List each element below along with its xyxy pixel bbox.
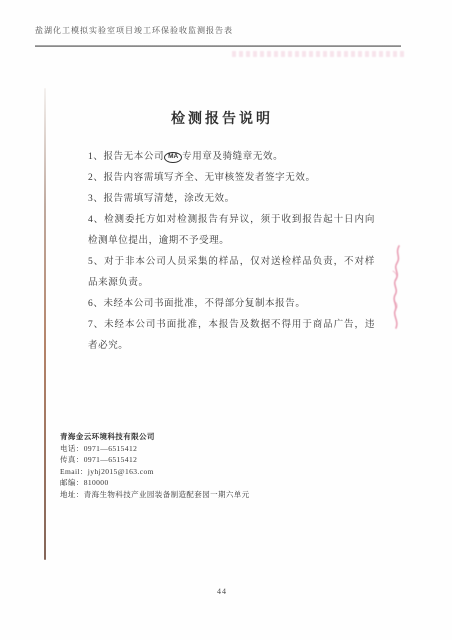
- note-item-4: 4、检测委托方如对检测报告有异议，须于收到报告起十日内向检测单位提出，逾期不予受…: [88, 210, 375, 252]
- note-text: 对于非本公司人员采集的样品，仅对送检样品负责，不对样品来源负责。: [88, 257, 375, 288]
- note-item-2: 2、报告内容需填写齐全、无审核签发者签字无效。: [88, 168, 375, 189]
- company-phone: 电话：0971—6515412: [60, 443, 250, 455]
- company-fax: 传真：0971—6515412: [60, 454, 250, 466]
- note-text: 未经本公司书面批准，不得部分复制本报告。: [103, 299, 305, 309]
- scanned-report-page: 盐湖化工模拟实验室项目竣工环保验收监测报告表 检测报告说明 1、报告无本公司MA…: [0, 0, 452, 640]
- notes-list: 1、报告无本公司MA专用章及骑缝章无效。 2、报告内容需填写齐全、无审核签发者签…: [88, 147, 375, 357]
- note-number: 4、: [88, 215, 104, 225]
- ink-bleed-through-strip: [232, 51, 404, 57]
- company-info-block: 青海金云环境科技有限公司 电话：0971—6515412 传真：0971—651…: [60, 431, 250, 501]
- note-text: 报告需填写清楚，涂改无效。: [103, 194, 234, 204]
- header-rule-divider: [35, 45, 401, 47]
- note-number: 6、: [88, 299, 103, 309]
- company-postcode: 邮编：810000: [60, 477, 250, 489]
- page-number: 44: [44, 587, 400, 596]
- note-text: 报告内容需填写齐全、无审核签发者签字无效。: [103, 173, 315, 183]
- note-text-post: 专用章及骑缝章无效。: [182, 152, 283, 162]
- note-item-5: 5、对于非本公司人员采集的样品，仅对送检样品负责，不对样品来源负责。: [88, 252, 375, 294]
- note-text-pre: 报告无本公司: [103, 152, 164, 162]
- company-name: 青海金云环境科技有限公司: [60, 431, 250, 443]
- page-edge-scan-line: [44, 88, 46, 560]
- note-item-3: 3、报告需填写清楚，涂改无效。: [88, 189, 375, 210]
- note-number: 5、: [88, 257, 104, 267]
- note-number: 7、: [88, 320, 104, 330]
- red-handwriting-bleed-icon: [385, 243, 411, 331]
- cma-mark-icon: MA: [164, 152, 182, 163]
- note-number: 2、: [88, 173, 103, 183]
- note-text: 未经本公司书面批准，本报告及数据不得用于商品广告，违者必究。: [88, 320, 375, 351]
- company-email: Email：jyhj2015@163.com: [60, 466, 250, 478]
- note-item-1: 1、报告无本公司MA专用章及骑缝章无效。: [88, 147, 375, 168]
- running-header-title: 盐湖化工模拟实验室项目竣工环保验收监测报告表: [35, 25, 233, 36]
- note-text: 检测委托方如对检测报告有异议，须于收到报告起十日内向检测单位提出，逾期不予受理。: [88, 215, 375, 246]
- note-number: 3、: [88, 194, 103, 204]
- note-number: 1、: [88, 152, 103, 162]
- page-title: 检测报告说明: [44, 108, 400, 128]
- note-item-7: 7、未经本公司书面批准，本报告及数据不得用于商品广告，违者必究。: [88, 315, 375, 357]
- company-address: 地址：青海生物科技产业园装备制造配套园一期六单元: [60, 489, 250, 501]
- note-item-6: 6、未经本公司书面批准，不得部分复制本报告。: [88, 294, 375, 315]
